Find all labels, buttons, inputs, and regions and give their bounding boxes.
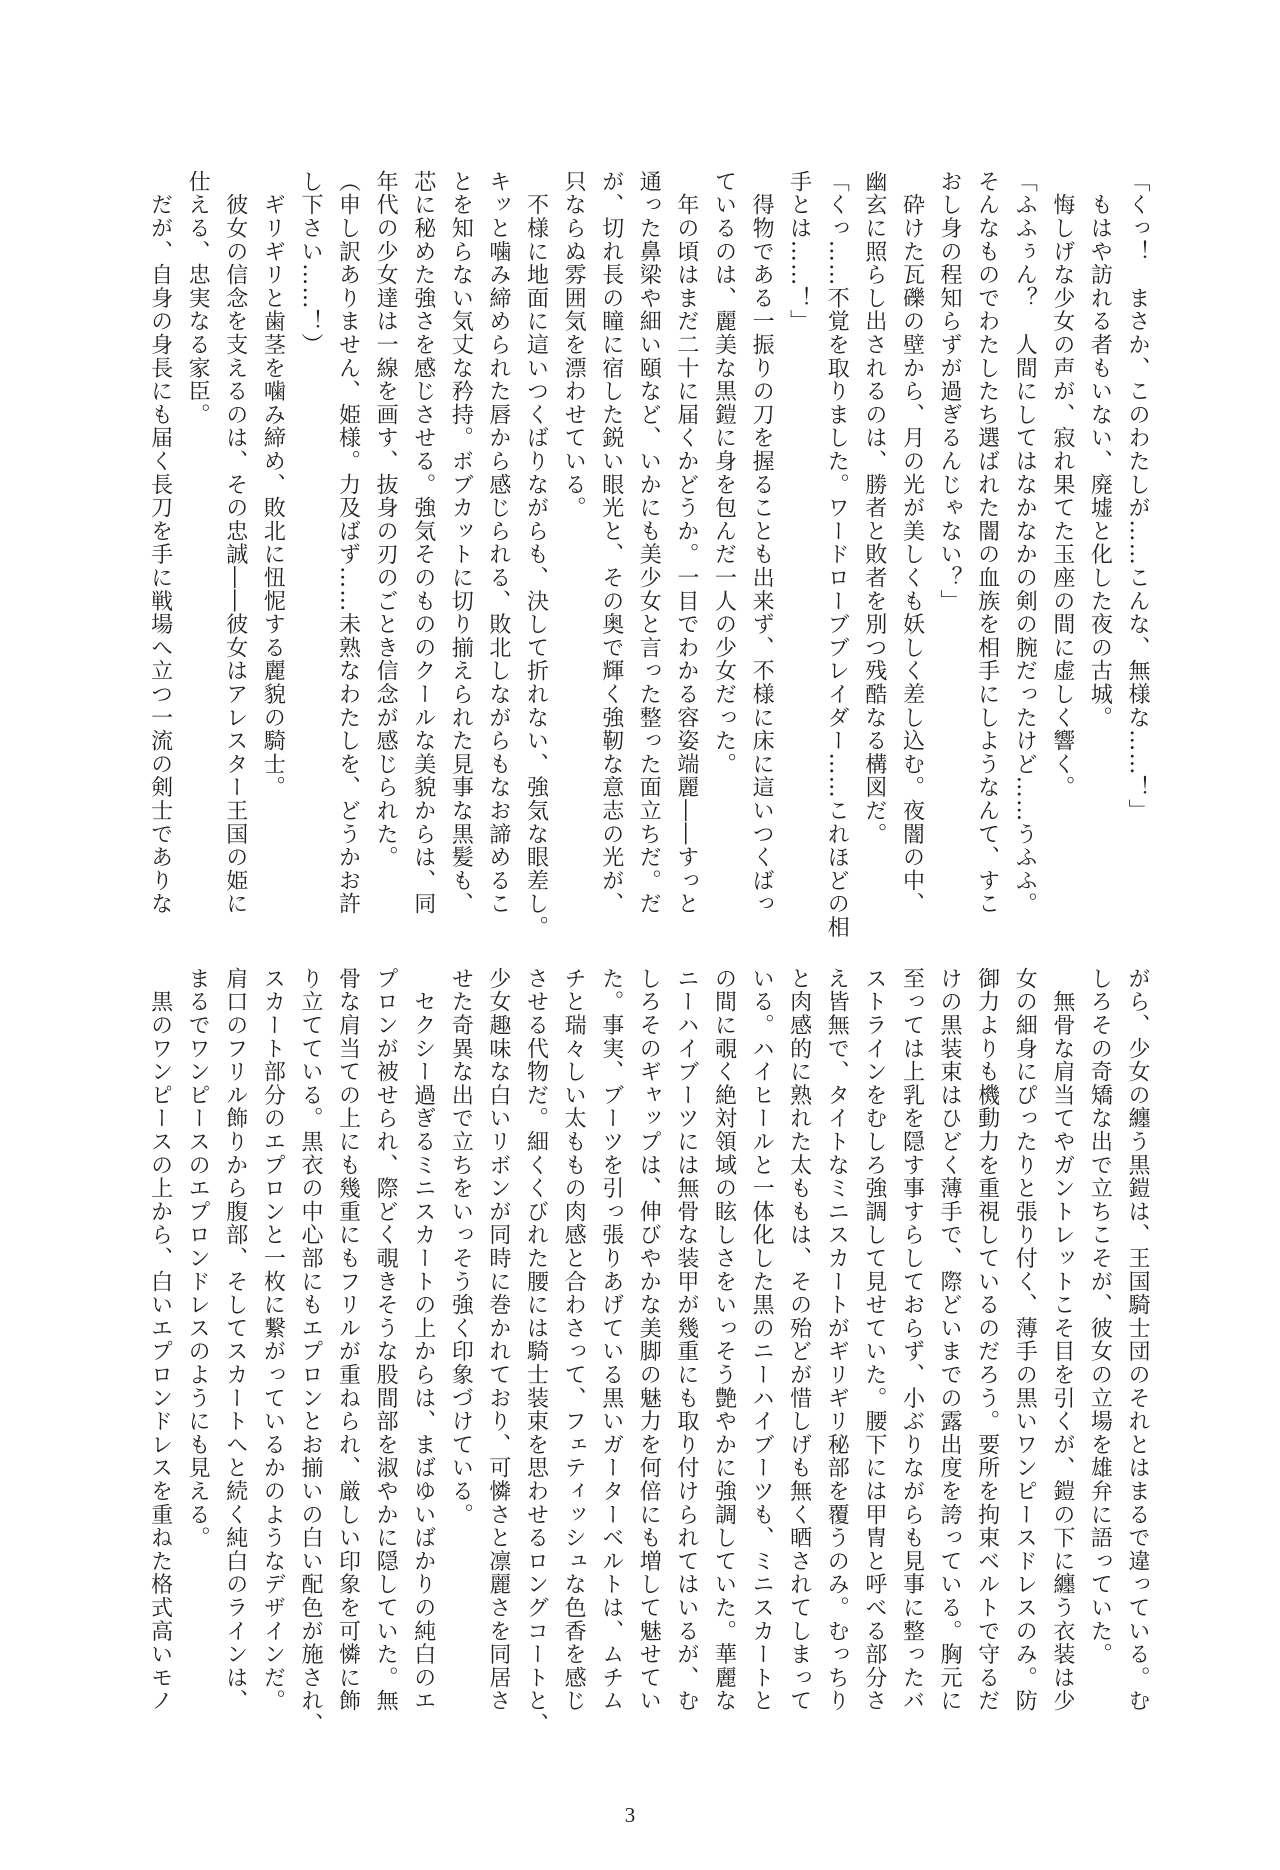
book-page: 「くっ！ まさか、このわたしが……こんな、無様な……！」 もはや訪れる者もいない… — [0, 0, 1280, 1870]
text-column: ストラインをむしろ強調して見せていた。腰下には甲冑と呼べる部分さ — [855, 967, 893, 1717]
text-column: まるでワンピースのエプロンドレスのようにも見える。 — [179, 967, 217, 1717]
text-column: 砕けた瓦礫の壁から、月の光が美しくも妖しく差し込む。夜闇の中、 — [893, 170, 931, 920]
text-column: と肉感的に熟れた太ももは、その殆どが惜しげも無く晒されてしまって — [780, 967, 818, 1717]
text-column: とを知らない気丈な矜持。ボブカットに切り揃えられた見事な黒髪も、 — [442, 170, 480, 920]
text-column: 至っては上乳を隠す事すらしておらず、小ぶりながらも見事に整ったバ — [893, 967, 931, 1717]
text-column: 「くっ！ まさか、このわたしが……こんな、無様な……！」 — [1118, 170, 1156, 920]
text-column: 黒のワンピースの上から、白いエプロンドレスを重ねた格式高いモノ — [141, 967, 179, 1717]
text-column: 年の頃はまだ二十に届くかどうか。一目でわかる容姿端麗――すっと — [667, 170, 705, 920]
text-column: させる代物だ。細くくびれた腰には騎士装束を思わせるロングコートと、 — [517, 967, 555, 1717]
lower-text-block: がら、少女の纏う黒鎧は、王国騎士団のそれとはまるで違っている。む しろその奇矯な… — [141, 967, 1156, 1717]
text-column: の間に覗く絶対領域の眩しさをいっそう艶やかに強調していた。華麗な — [705, 967, 743, 1717]
text-column: ギリギリと歯茎を噛み締め、敗北に忸怩する麗貌の騎士。 — [254, 170, 292, 920]
text-column: 「ふふぅん？ 人間にしてはなかなかの剣の腕だったけど……うふふ。 — [1006, 170, 1044, 920]
text-column: 年代の少女達は一線を画す、抜身の刃のごとき信念が感じられた。 — [367, 170, 405, 920]
text-column: 只ならぬ雰囲気を漂わせている。 — [555, 170, 593, 920]
text-column: セクシー過ぎるミニスカートの上からは、まばゆいばかりの純白のエ — [404, 967, 442, 1717]
text-column: もはや訪れる者もいない、廃墟と化した夜の古城。 — [1081, 170, 1119, 920]
text-column: し下さい……！） — [291, 170, 329, 920]
text-column: 幽玄に照らし出されるのは、勝者と敗者を別つ残酷なる構図だ。 — [855, 170, 893, 920]
text-column: 御力よりも機動力を重視しているのだろう。要所を拘束ベルトで守るだ — [968, 967, 1006, 1717]
text-column: プロンが被せられ、際どく覗きそうな股間部を淑やかに隠していた。無 — [367, 967, 405, 1717]
text-column: 「くっ……不覚を取りました。ワードローブブレイダー……これほどの相 — [818, 170, 856, 920]
text-column: チと瑞々しい太ももの肉感と合わさって、フェティッシュな色香を感じ — [555, 967, 593, 1717]
text-column: せた奇異な出で立ちをいっそう強く印象づけている。 — [442, 967, 480, 1717]
text-column: 無骨な肩当てやガントレットこそ目を引くが、鎧の下に纏う衣装は少 — [1043, 967, 1081, 1717]
page-number: 3 — [615, 1803, 645, 1827]
text-column: スカート部分のエプロンと一枚に繋がっているかのようなデザインだ。 — [254, 967, 292, 1717]
text-column: 肩口のフリル飾りから腹部、そしてスカートへと続く純白のラインは、 — [216, 967, 254, 1717]
text-column: だが、自身の身長にも届く長刀を手に戦場へ立つ一流の剣士でありな — [141, 170, 179, 920]
upper-text-block: 「くっ！ まさか、このわたしが……こんな、無様な……！」 もはや訪れる者もいない… — [141, 170, 1156, 920]
text-column: え皆無で、タイトなミニスカートがギリギリ秘部を覆うのみ。むっちり — [818, 967, 856, 1717]
text-column: がら、少女の纏う黒鎧は、王国騎士団のそれとはまるで違っている。む — [1118, 967, 1156, 1717]
text-column: ているのは、麗美な黒鎧に身を包んだ一人の少女だった。 — [705, 170, 743, 920]
text-column: 得物である一振りの刀を握ることも出来ず、不様に床に這いつくばっ — [742, 170, 780, 920]
text-column: 骨な肩当ての上にも幾重にもフリルが重ねられ、厳しい印象を可憐に飾 — [329, 967, 367, 1717]
text-column: 悔しげな少女の声が、寂れ果てた玉座の間に虚しく響く。 — [1043, 170, 1081, 920]
text-column: 女の細身にぴったりと張り付く、薄手の黒いワンピースドレスのみ。防 — [1006, 967, 1044, 1717]
text-column: そんなものでわたしたち選ばれた闇の血族を相手にしようなんて、すこ — [968, 170, 1006, 920]
text-column: が、切れ長の瞳に宿した鋭い眼光と、その奥で輝く強靭な意志の光が、 — [592, 170, 630, 920]
text-column: た。事実、ブーツを引っ張りあげている黒いガーターベルトは、ムチム — [592, 967, 630, 1717]
text-column: 仕える、忠実なる家臣。 — [179, 170, 217, 920]
text-column: 通った鼻梁や細い頤など、いかにも美少女と言った整った面立ちだ。だ — [630, 170, 668, 920]
text-column: いる。ハイヒールと一体化した黒のニーハイブーツも、ミニスカートと — [742, 967, 780, 1717]
text-column: ニーハイブーツには無骨な装甲が幾重にも取り付けられてはいるが、む — [667, 967, 705, 1717]
text-column: けの黒装束はひどく薄手で、際どいまでの露出度を誇っている。胸元に — [930, 967, 968, 1717]
text-column: り立てている。黒衣の中心部にもエプロンとお揃いの白い配色が施され、 — [291, 967, 329, 1717]
text-column: 彼女の信念を支えるのは、その忠誠――彼女はアレスター王国の姫に — [216, 170, 254, 920]
text-column: 手とは……！」 — [780, 170, 818, 920]
text-column: しろそのギャップは、伸びやかな美脚の魅力を何倍にも増して魅せてい — [630, 967, 668, 1717]
text-column: しろその奇矯な出で立ちこそが、彼女の立場を雄弁に語っていた。 — [1081, 967, 1119, 1717]
text-column: 芯に秘めた強さを感じさせる。強気そのもののクールな美貌からは、同 — [404, 170, 442, 920]
text-column: キッと噛み締められた唇から感じられる、敗北しながらもなお諦めるこ — [479, 170, 517, 920]
text-column: おし身の程知らずが過ぎるんじゃない？」 — [930, 170, 968, 920]
text-column: （申し訳ありません、姫様。力及ばず……未熟なわたしを、どうかお許 — [329, 170, 367, 920]
text-column: 不様に地面に這いつくばりながらも、決して折れない、強気な眼差し。 — [517, 170, 555, 920]
text-column: 少女趣味な白いリボンが同時に巻かれており、可憐さと凛麗さを同居さ — [479, 967, 517, 1717]
